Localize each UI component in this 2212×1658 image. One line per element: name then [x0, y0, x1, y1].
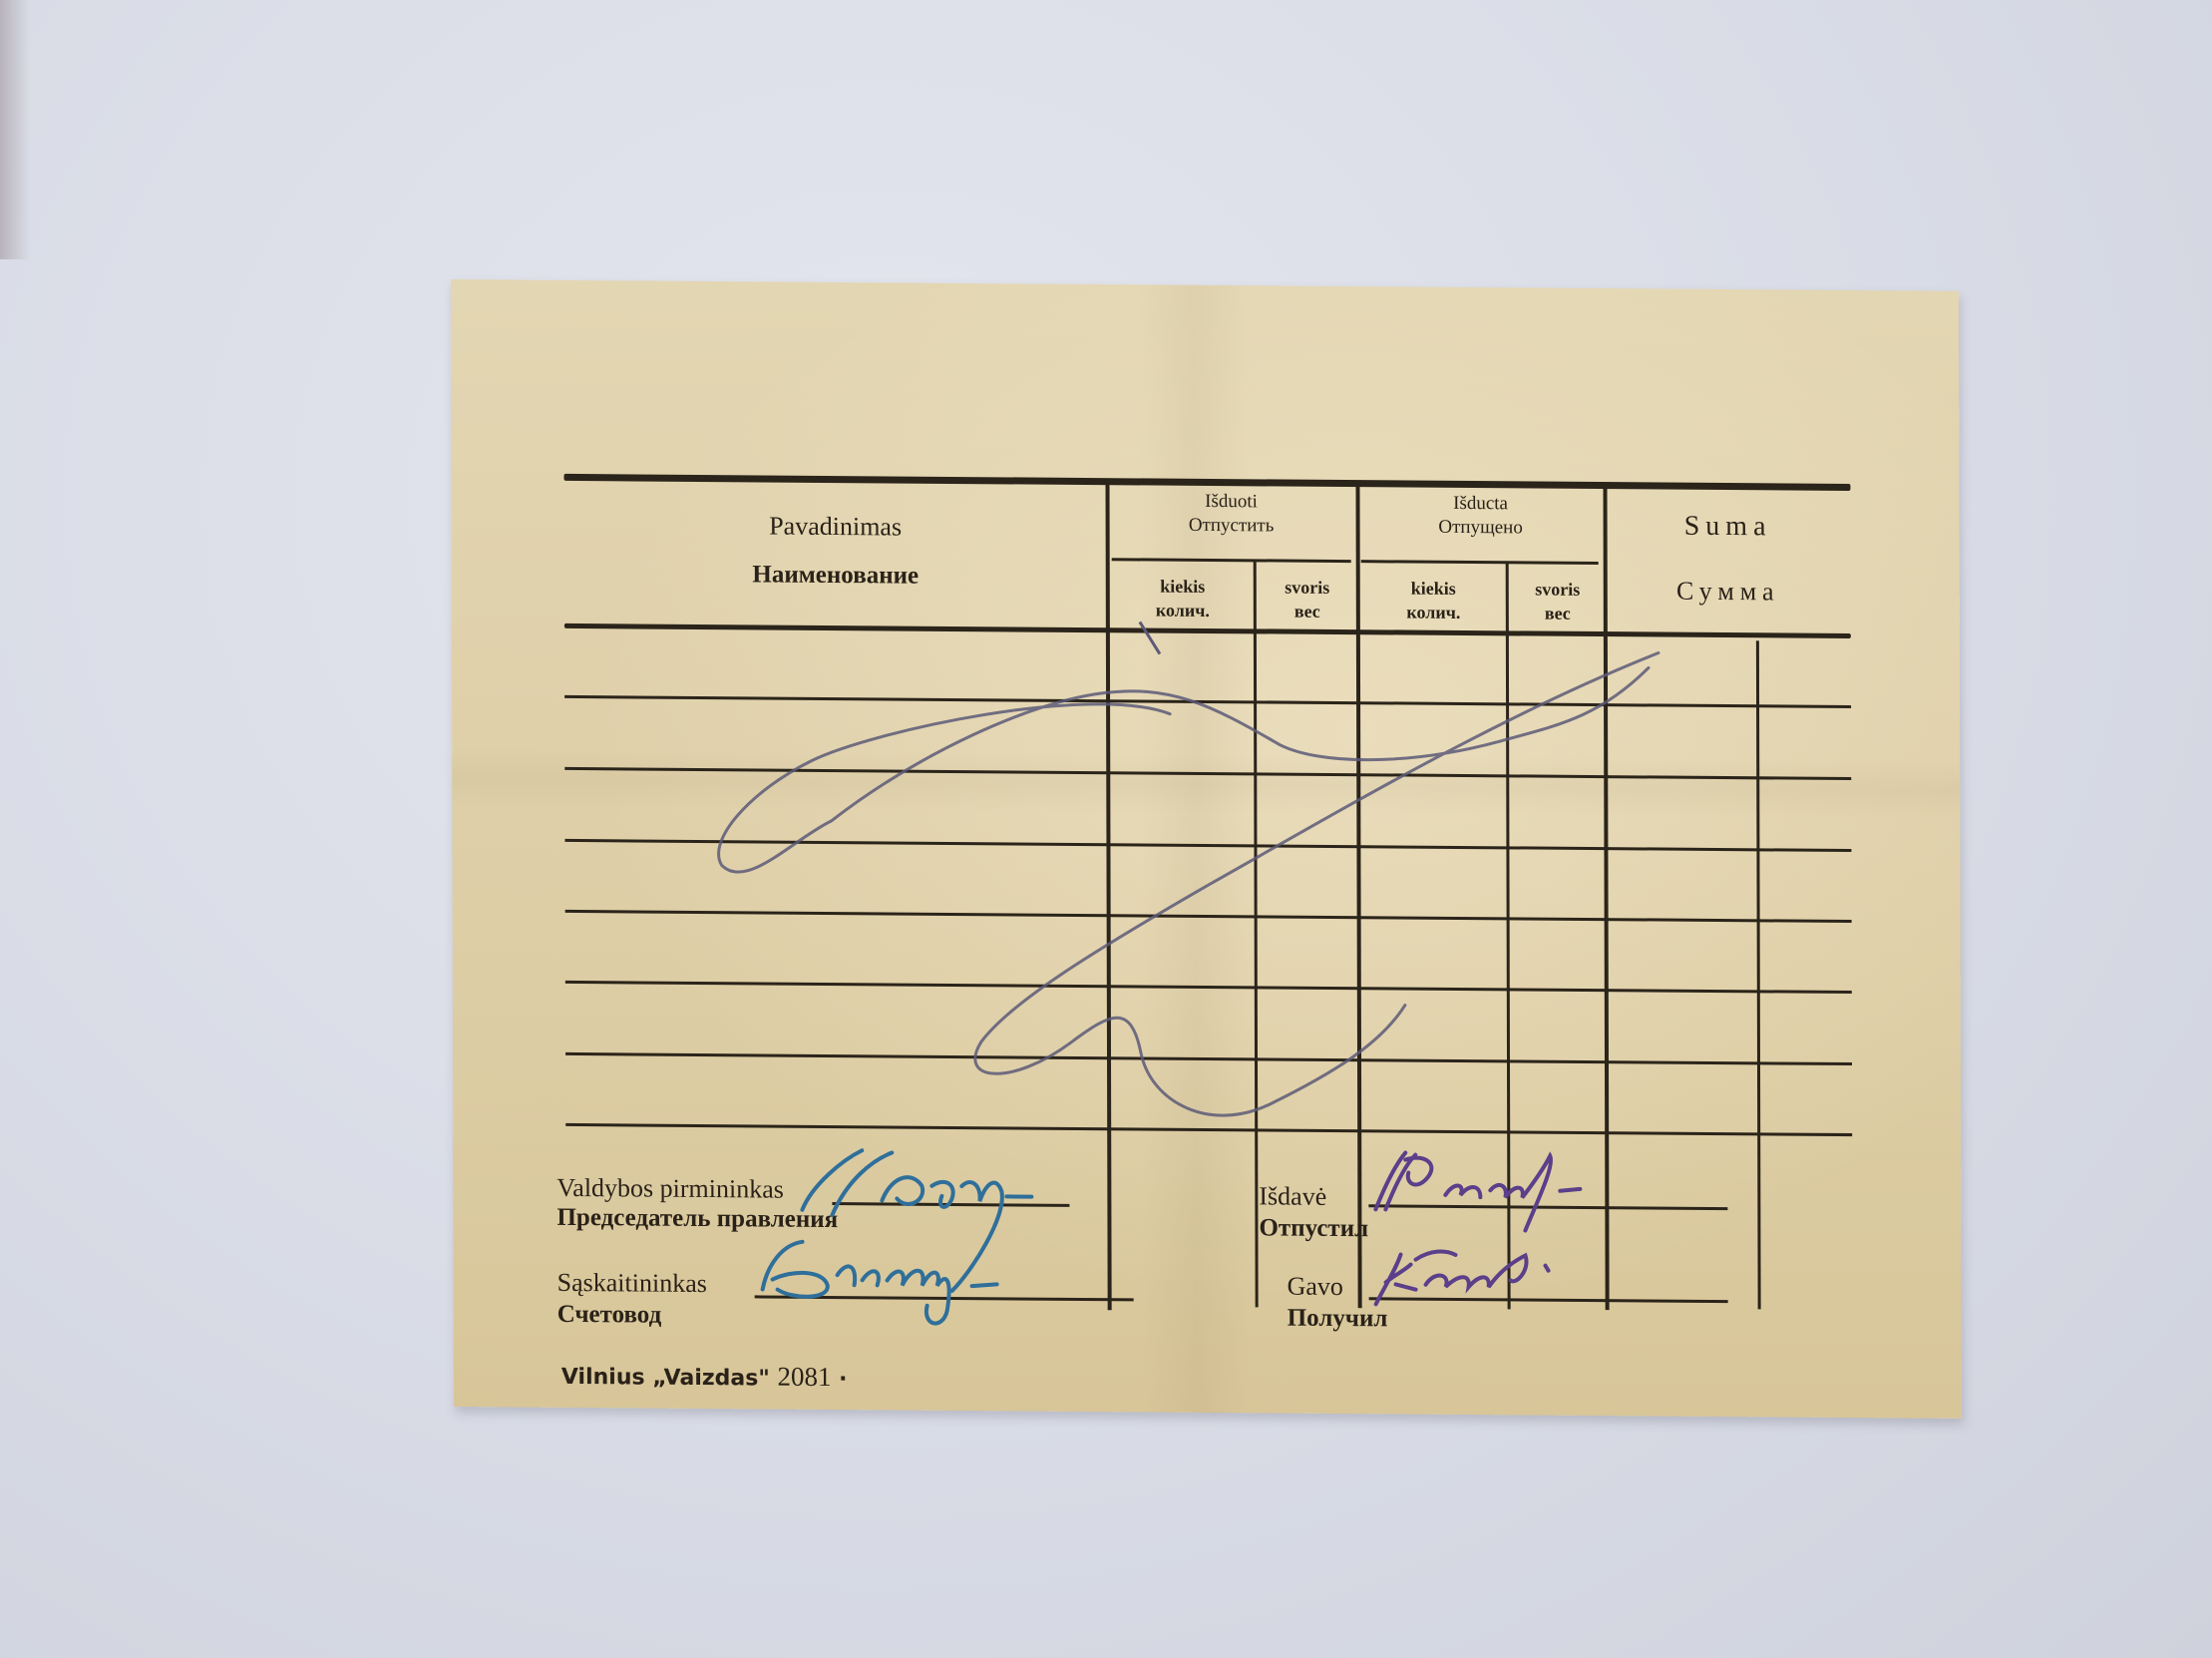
- issued-by-signature: [1375, 1152, 1580, 1231]
- subheader-issue-qty-lt: kiekis: [1112, 574, 1254, 599]
- header-sum-lt: Suma: [1614, 510, 1843, 544]
- label-accountant-lt: Sąskaitininkas: [557, 1268, 707, 1299]
- print-number: 2081: [777, 1362, 831, 1392]
- label-issued-by-lt: Išdavė: [1259, 1181, 1326, 1212]
- col-divider-name: [1105, 482, 1111, 1310]
- label-chairman-ru: Председатель правления: [556, 1203, 838, 1235]
- subheader-issue-weight-ru: вес: [1258, 599, 1357, 623]
- received-by-signature-line: [1369, 1297, 1728, 1303]
- form-sheet: Pavadinimas Наименование Išduoti Отпусти…: [451, 279, 1962, 1419]
- col-divider-sum-inner: [1756, 640, 1761, 1309]
- paper-fold-vertical: [1139, 284, 1252, 1413]
- imprint-dot: ·: [839, 1367, 847, 1392]
- label-accountant-ru: Счетовод: [557, 1300, 662, 1331]
- printer-name: Vilnius „Vaizdas": [561, 1365, 770, 1392]
- label-received-by-ru: Получил: [1288, 1304, 1388, 1335]
- accountant-signature: [763, 1241, 997, 1324]
- header-name-ru: Наименование: [676, 561, 995, 592]
- header-issue-lt: Išduoti: [1112, 489, 1351, 515]
- subheader-issue-weight-lt: svoris: [1258, 575, 1357, 600]
- subheader-issued-qty-ru: колич.: [1361, 600, 1506, 624]
- background-shadow: [0, 0, 30, 259]
- header-issued-lt: Išducta: [1361, 491, 1601, 517]
- subheader-issued-qty-lt: kiekis: [1361, 576, 1506, 601]
- issued-group-divider: [1361, 560, 1599, 565]
- header-issue-ru: Отпустить: [1112, 513, 1351, 539]
- label-chairman-lt: Valdybos pirmininkas: [556, 1173, 784, 1205]
- subheader-issued-weight-lt: svoris: [1510, 577, 1606, 602]
- label-received-by-lt: Gavo: [1288, 1272, 1343, 1302]
- accountant-signature-line: [755, 1295, 1134, 1301]
- label-issued-by-ru: Отпустил: [1259, 1213, 1368, 1244]
- col-divider-issue-qty: [1254, 561, 1259, 1307]
- header-name-lt: Pavadinimas: [676, 511, 995, 544]
- subheader-issue-qty-ru: колич.: [1112, 598, 1254, 622]
- header-sum-ru: Сумма: [1614, 576, 1843, 608]
- header-issued-ru: Отпущено: [1361, 515, 1601, 541]
- subheader-issued-weight-ru: вес: [1510, 601, 1606, 625]
- printer-imprint: Vilnius „Vaizdas" 2081 ·: [561, 1360, 848, 1393]
- issued-by-signature-line: [1368, 1204, 1727, 1210]
- col-divider-issued-qty: [1506, 563, 1511, 1309]
- chairman-signature-line: [832, 1202, 1069, 1207]
